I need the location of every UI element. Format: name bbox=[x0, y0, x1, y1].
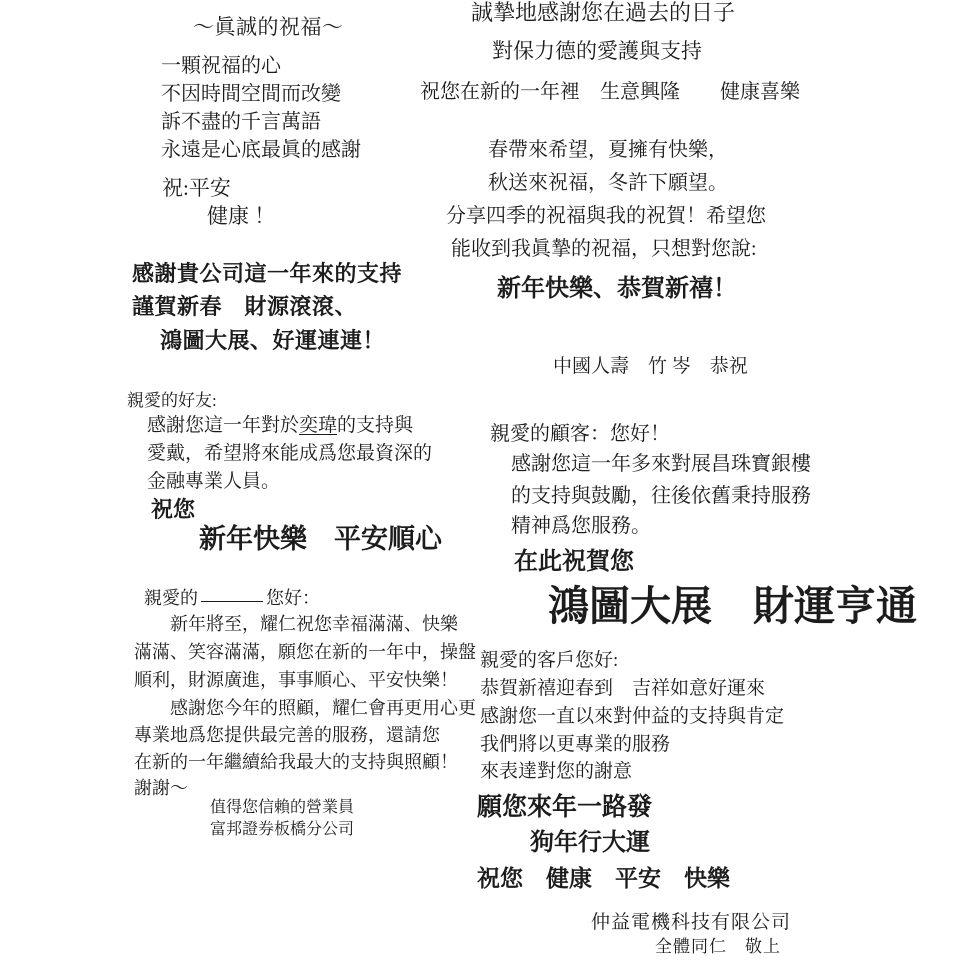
friend-note-line-post: 的支持與 bbox=[337, 415, 413, 436]
friend-note-line: 愛戴，希望將來能成爲您最資深的 bbox=[147, 443, 432, 465]
blessing-wish-line: 健康 ！ bbox=[207, 204, 275, 228]
blessing-poem-line: 訴不盡的千言萬語 bbox=[161, 111, 321, 134]
zhongyi-note-salutation: 親愛的客戶您好: bbox=[480, 650, 618, 672]
zhongyi-wish-line: 願您來年一路發 bbox=[477, 794, 652, 823]
zhongyi-note-line: 來表達對您的謝意 bbox=[480, 761, 632, 783]
friend-note-wish-text: 新年快樂 平安順心 bbox=[199, 524, 442, 555]
fill-in-name-blank bbox=[201, 599, 263, 602]
company-thanks-line: 感謝貴公司這一年來的支持 bbox=[132, 261, 402, 286]
friend-note-salutation: 親愛的好友: bbox=[127, 391, 217, 411]
friend-note-line-pre: 感謝您這一年對於 bbox=[147, 415, 299, 436]
broker-note-salutation: 親愛的您好： bbox=[144, 588, 320, 609]
seasons-note-line: 春帶來希望，夏擁有快樂， bbox=[488, 139, 728, 162]
advisor-name-underlined: 奕瑋 bbox=[299, 415, 337, 436]
broker-signature-line: 值得您信賴的營業員 bbox=[210, 799, 354, 817]
seasons-note-line: 分享四季的祝福與我的祝賀！希望您 bbox=[446, 205, 766, 228]
broker-note-line: 在新的一年繼續給我最大的支持與照顧！ bbox=[134, 752, 458, 773]
zhongyi-note-line: 恭賀新禧迎春到 吉祥如意好運來 bbox=[480, 678, 765, 700]
company-thanks-line: 鴻圖大展、好運連連！ bbox=[160, 328, 385, 353]
jeweler-note-line: 感謝您這一年多來對展昌珠寶銀樓 bbox=[511, 453, 811, 476]
blessing-poem-line: 一顆祝福的心 bbox=[161, 55, 281, 78]
zhongyi-wish-line: 祝您 健康 平安 快樂 bbox=[477, 866, 730, 892]
company-thanks-line: 謹賀新春 財源滾滾、 bbox=[132, 294, 357, 319]
broker-note-line: 順利，財源廣進，事事順心、平安快樂！ bbox=[134, 670, 458, 691]
blessing-wish-line: 祝:平安 bbox=[162, 176, 231, 200]
seasons-note-line: 秋送來祝福，冬許下願望。 bbox=[488, 172, 728, 195]
friend-note-line: 金融專業人員。 bbox=[147, 471, 280, 493]
jeweler-wish-intro: 在此祝賀您 bbox=[514, 549, 634, 577]
broker-note-line: 專業地爲您提供最完善的服務，還請您 bbox=[134, 725, 440, 746]
polide-note-line: 祝您在新的一年裡 生意興隆 健康喜樂 bbox=[420, 81, 800, 104]
broker-salutation-pre: 親愛的 bbox=[144, 588, 198, 608]
zhongyi-signature-line: 全體同仁 敬上 bbox=[655, 937, 781, 957]
broker-note-line: 謝謝～ bbox=[134, 778, 188, 799]
seasons-note-line: 能收到我眞摯的祝福，只想對您說: bbox=[451, 238, 757, 261]
blessing-poem-line: 永遠是心底最眞的感謝 bbox=[161, 139, 361, 162]
seasons-note-highlight: 新年快樂、恭賀新禧！ bbox=[497, 276, 737, 304]
jeweler-note-salutation: 親愛的顧客：您好！ bbox=[490, 423, 670, 446]
zhongyi-note-line: 感謝您一直以來對仲益的支持與肯定 bbox=[480, 706, 784, 728]
polide-note-line: 對保力德的愛護與支持 bbox=[492, 39, 702, 63]
broker-note-line: 新年將至，耀仁祝您幸福滿滿、快樂 bbox=[170, 614, 458, 635]
jeweler-note-line: 的支持與鼓勵，往後依舊秉持服務 bbox=[511, 485, 811, 508]
friend-note-wish-label: 祝您 bbox=[151, 497, 195, 522]
broker-signature-line: 富邦證券板橋分公司 bbox=[210, 821, 354, 839]
broker-salutation-post: 您好： bbox=[266, 588, 320, 608]
blessing-poem-line: 不因時間空間而改變 bbox=[161, 83, 341, 106]
jeweler-wish-main: 鴻圖大展 財運亨通 bbox=[548, 583, 917, 630]
sincere-blessing-title: ～眞誠的祝福～ bbox=[193, 15, 344, 39]
zhongyi-signature-line: 仲益電機科技有限公司 bbox=[591, 912, 791, 934]
greeting-card-scan-page: ～眞誠的祝福～ 一顆祝福的心 不因時間空間而改變 訴不盡的千言萬語 永遠是心底最… bbox=[0, 0, 960, 960]
polide-note-line: 誠摯地感謝您在過去的日子 bbox=[471, 0, 735, 25]
zhongyi-note-line: 我們將以更專業的服務 bbox=[480, 734, 670, 756]
broker-note-line: 滿滿、笑容滿滿，願您在新的一年中，操盤 bbox=[134, 642, 476, 663]
friend-note-line: 感謝您這一年對於奕瑋的支持與 bbox=[147, 415, 413, 437]
jeweler-note-line: 精神爲您服務。 bbox=[511, 515, 651, 538]
china-life-signature: 中國人壽 竹 岑 恭祝 bbox=[553, 356, 748, 378]
broker-note-line: 感謝您今年的照顧，耀仁會再更用心更 bbox=[170, 698, 476, 719]
zhongyi-wish-line: 狗年行大運 bbox=[530, 830, 650, 858]
